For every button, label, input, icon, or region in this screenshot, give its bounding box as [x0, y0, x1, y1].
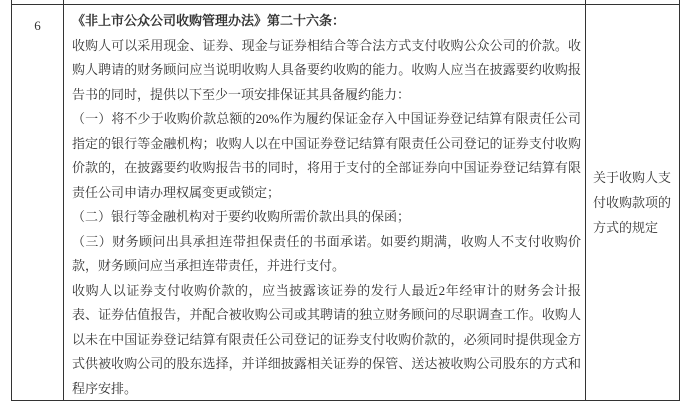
regulation-paragraph: （三）财务顾问出具承担连带担保责任的书面承诺。如要约期满，收购人不支付收购价款，… [72, 230, 581, 279]
regulation-paragraph: （二）银行等金融机构对于要约收购所需价款出具的保函； [72, 205, 581, 230]
regulation-heading: 《非上市公众公司收购管理办法》第二十六条： [72, 9, 581, 34]
table-row: 6 《非上市公众公司收购管理办法》第二十六条： 收购人可以采用现金、证券、现金与… [11, 4, 680, 401]
row-number-cell: 6 [12, 5, 64, 400]
regulation-text-cell: 《非上市公众公司收购管理办法》第二十六条： 收购人可以采用现金、证券、现金与证券… [64, 5, 586, 400]
document-page: 6 《非上市公众公司收购管理办法》第二十六条： 收购人可以采用现金、证券、现金与… [0, 0, 691, 408]
annotation-text: 关于收购人支付收购款项的方式的规定 [593, 165, 672, 240]
regulation-paragraph: 收购人以证券支付收购价款的，应当披露该证券的发行人最近2年经审计的财务会计报表、… [72, 279, 581, 401]
regulation-paragraph: 收购人可以采用现金、证券、现金与证券相结合等合法方式支付收购公众公司的价款。收购… [72, 34, 581, 108]
regulation-paragraph: （一）将不少于收购价款总额的20%作为履约保证金存入中国证券登记结算有限责任公司… [72, 107, 581, 205]
annotation-cell: 关于收购人支付收购款项的方式的规定 [586, 5, 679, 400]
row-number: 6 [34, 18, 41, 33]
